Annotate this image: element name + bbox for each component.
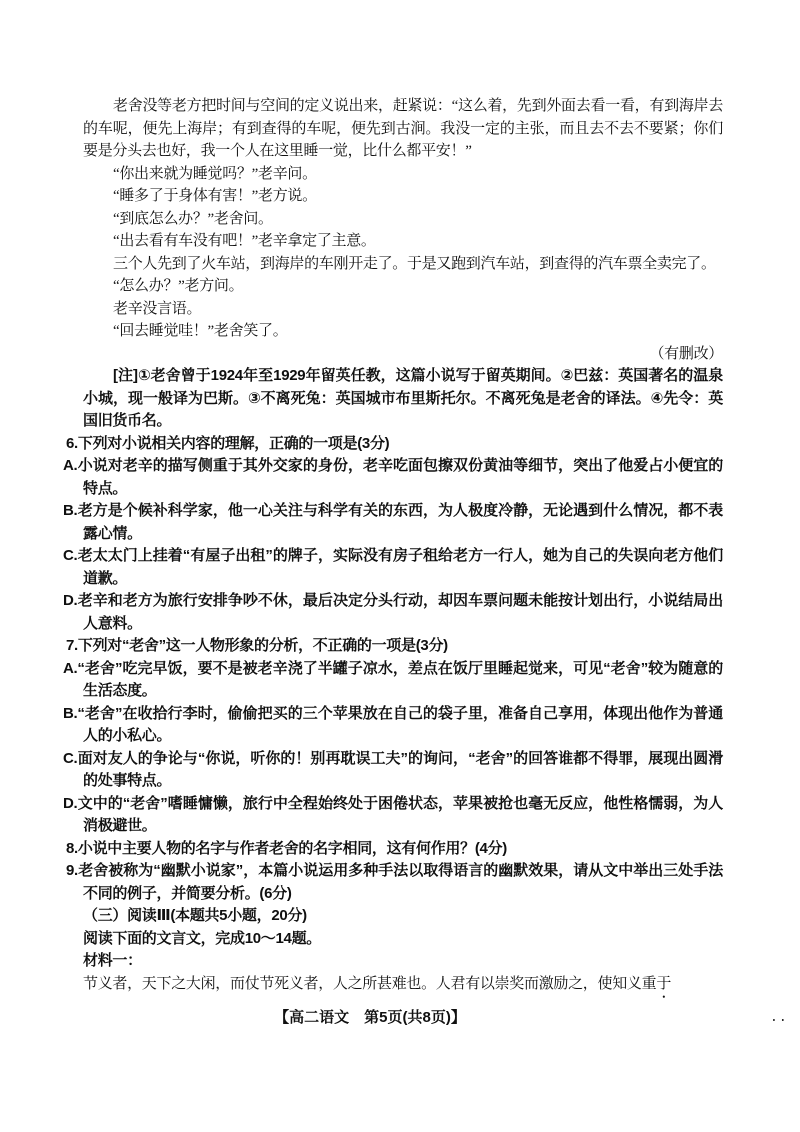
question-7-option-c: C.面对友人的争论与“你说，听你的！别再耽误工夫”的询问，“老舍”的回答谁都不得…	[83, 748, 723, 793]
question-9: 9.老舍被称为“幽默小说家”，本篇小说运用多种手法以取得语言的幽默效果，请从文中…	[83, 860, 723, 905]
reading-instruction: 阅读下面的文言文，完成10～14题。	[83, 928, 723, 951]
dialog-line-5: “怎么办？”老方问。	[83, 275, 723, 298]
emphasized-char: 于	[656, 973, 671, 996]
story-paragraph-1: 老舍没等老方把时间与空间的定义说出来，赶紧说：“这么着，先到外面去看一看，有到海…	[83, 95, 723, 163]
question-6-option-d: D.老辛和老方为旅行安排争吵不休，最后决定分头行动，却因车票问题未能按计划出行，…	[83, 590, 723, 635]
deletion-note: （有删改）	[83, 343, 723, 366]
question-7-option-b: B.“老舍”在收拾行李时，偷偷把买的三个苹果放在自己的袋子里，准备自己享用，体现…	[83, 703, 723, 748]
dialog-line-7: “回去睡觉哇！”老舍笑了。	[83, 320, 723, 343]
section-3-heading: （三）阅读Ⅲ(本题共5小题，20分)	[83, 905, 723, 928]
dialog-line-4: “出去看有车没有吧！”老辛拿定了主意。	[83, 230, 723, 253]
classical-text-line: 节义者，天下之大闲，而仗节死义者，人之所甚难也。人君有以崇奖而激励之，使知义重于	[83, 973, 723, 996]
dialog-line-3: “到底怎么办？”老舍问。	[83, 208, 723, 231]
exam-page: 老舍没等老方把时间与空间的定义说出来，赶紧说：“这么着，先到外面去看一看，有到海…	[0, 0, 800, 1132]
classical-text: 节义者，天下之大闲，而仗节死义者，人之所甚难也。人君有以崇奖而激励之，使知义重	[83, 976, 656, 992]
page-footer: 【高二语文 第5页(共8页)】	[0, 1006, 740, 1027]
question-6-stem: 6.下列对小说相关内容的理解，正确的一项是(3分)	[83, 433, 723, 456]
question-6-option-a: A.小说对老辛的描写侧重于其外交家的身份，老辛吃面包擦双份黄油等细节，突出了他爱…	[83, 455, 723, 500]
scan-artifact: ..	[770, 1010, 788, 1025]
dialog-line-6: 老辛没言语。	[83, 298, 723, 321]
dialog-line-2: “睡多了于身体有害！”老方说。	[83, 185, 723, 208]
footnote: [注]①老舍曾于1924年至1929年留英任教，这篇小说写于留英期间。②巴兹：英…	[83, 365, 723, 433]
material-1-label: 材料一：	[83, 950, 723, 973]
question-7-option-a: A.“老舍”吃完早饭，要不是被老辛浇了半罐子凉水，差点在饭厅里睡起觉来，可见“老…	[83, 658, 723, 703]
page-content: 老舍没等老方把时间与空间的定义说出来，赶紧说：“这么着，先到外面去看一看，有到海…	[83, 95, 723, 995]
question-7-option-d: D.文中的“老舍”嗜睡慵懒，旅行中全程始终处于困倦状态，苹果被抢也毫无反应，他性…	[83, 793, 723, 838]
story-paragraph-2: 三个人先到了火车站，到海岸的车刚开走了。于是又跑到汽车站，到查得的汽车票全卖完了…	[83, 253, 723, 276]
question-8: 8.小说中主要人物的名字与作者老舍的名字相同，这有何作用？(4分)	[83, 838, 723, 861]
question-7-stem: 7.下列对“老舍”这一人物形象的分析，不正确的一项是(3分)	[83, 635, 723, 658]
question-6-option-c: C.老太太门上挂着“有屋子出租”的牌子，实际没有房子租给老方一行人，她为自己的失…	[83, 545, 723, 590]
dialog-line-1: “你出来就为睡觉吗？”老辛问。	[83, 163, 723, 186]
question-6-option-b: B.老方是个候补科学家，他一心关注与科学有关的东西，为人极度冷静，无论遇到什么情…	[83, 500, 723, 545]
